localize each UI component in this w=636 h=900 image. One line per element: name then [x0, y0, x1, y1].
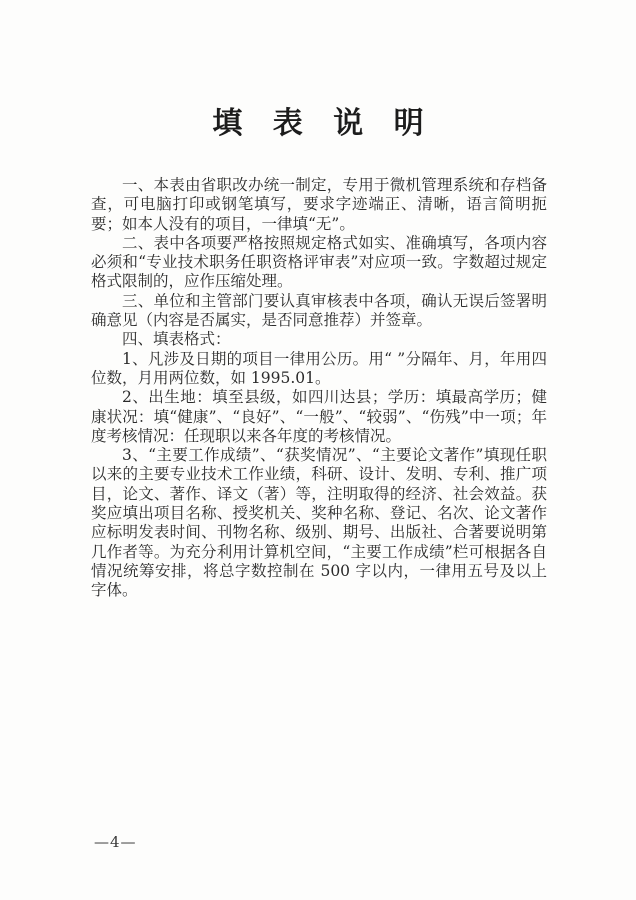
paragraph: 1、凡涉及日期的项目一律用公历。用“ ”分隔年、月，年用四位数，月用两位数，如 … [91, 350, 547, 389]
paragraph: 四、填表格式： [91, 330, 547, 349]
paragraph: 2、出生地：填至县级，如四川达县；学历：填最高学历；健康状况：填“健康”、“良好… [91, 388, 547, 446]
page-number: —4— [94, 833, 137, 851]
page-title: 填 表 说 明 [0, 0, 636, 142]
paragraph: 三、单位和主管部门要认真审核表中各项，确认无误后签署明确意见（内容是否属实，是否… [91, 292, 547, 331]
paragraph: 一、本表由省职改办统一制定，专用于微机管理系统和存档备查，可电脑打印或钢笔填写，… [91, 176, 547, 234]
document-page: 填 表 说 明 一、本表由省职改办统一制定，专用于微机管理系统和存档备查，可电脑… [0, 0, 636, 900]
paragraph: 二、表中各项要严格按照规定格式如实、准确填写，各项内容必须和“专业技术职务任职资… [91, 234, 547, 292]
paragraph: 3、“主要工作成绩”、“获奖情况”、“主要论文著作”填现任职以来的主要专业技术工… [91, 446, 547, 600]
instructions-text: 一、本表由省职改办统一制定，专用于微机管理系统和存档备查，可电脑打印或钢笔填写，… [91, 176, 547, 601]
